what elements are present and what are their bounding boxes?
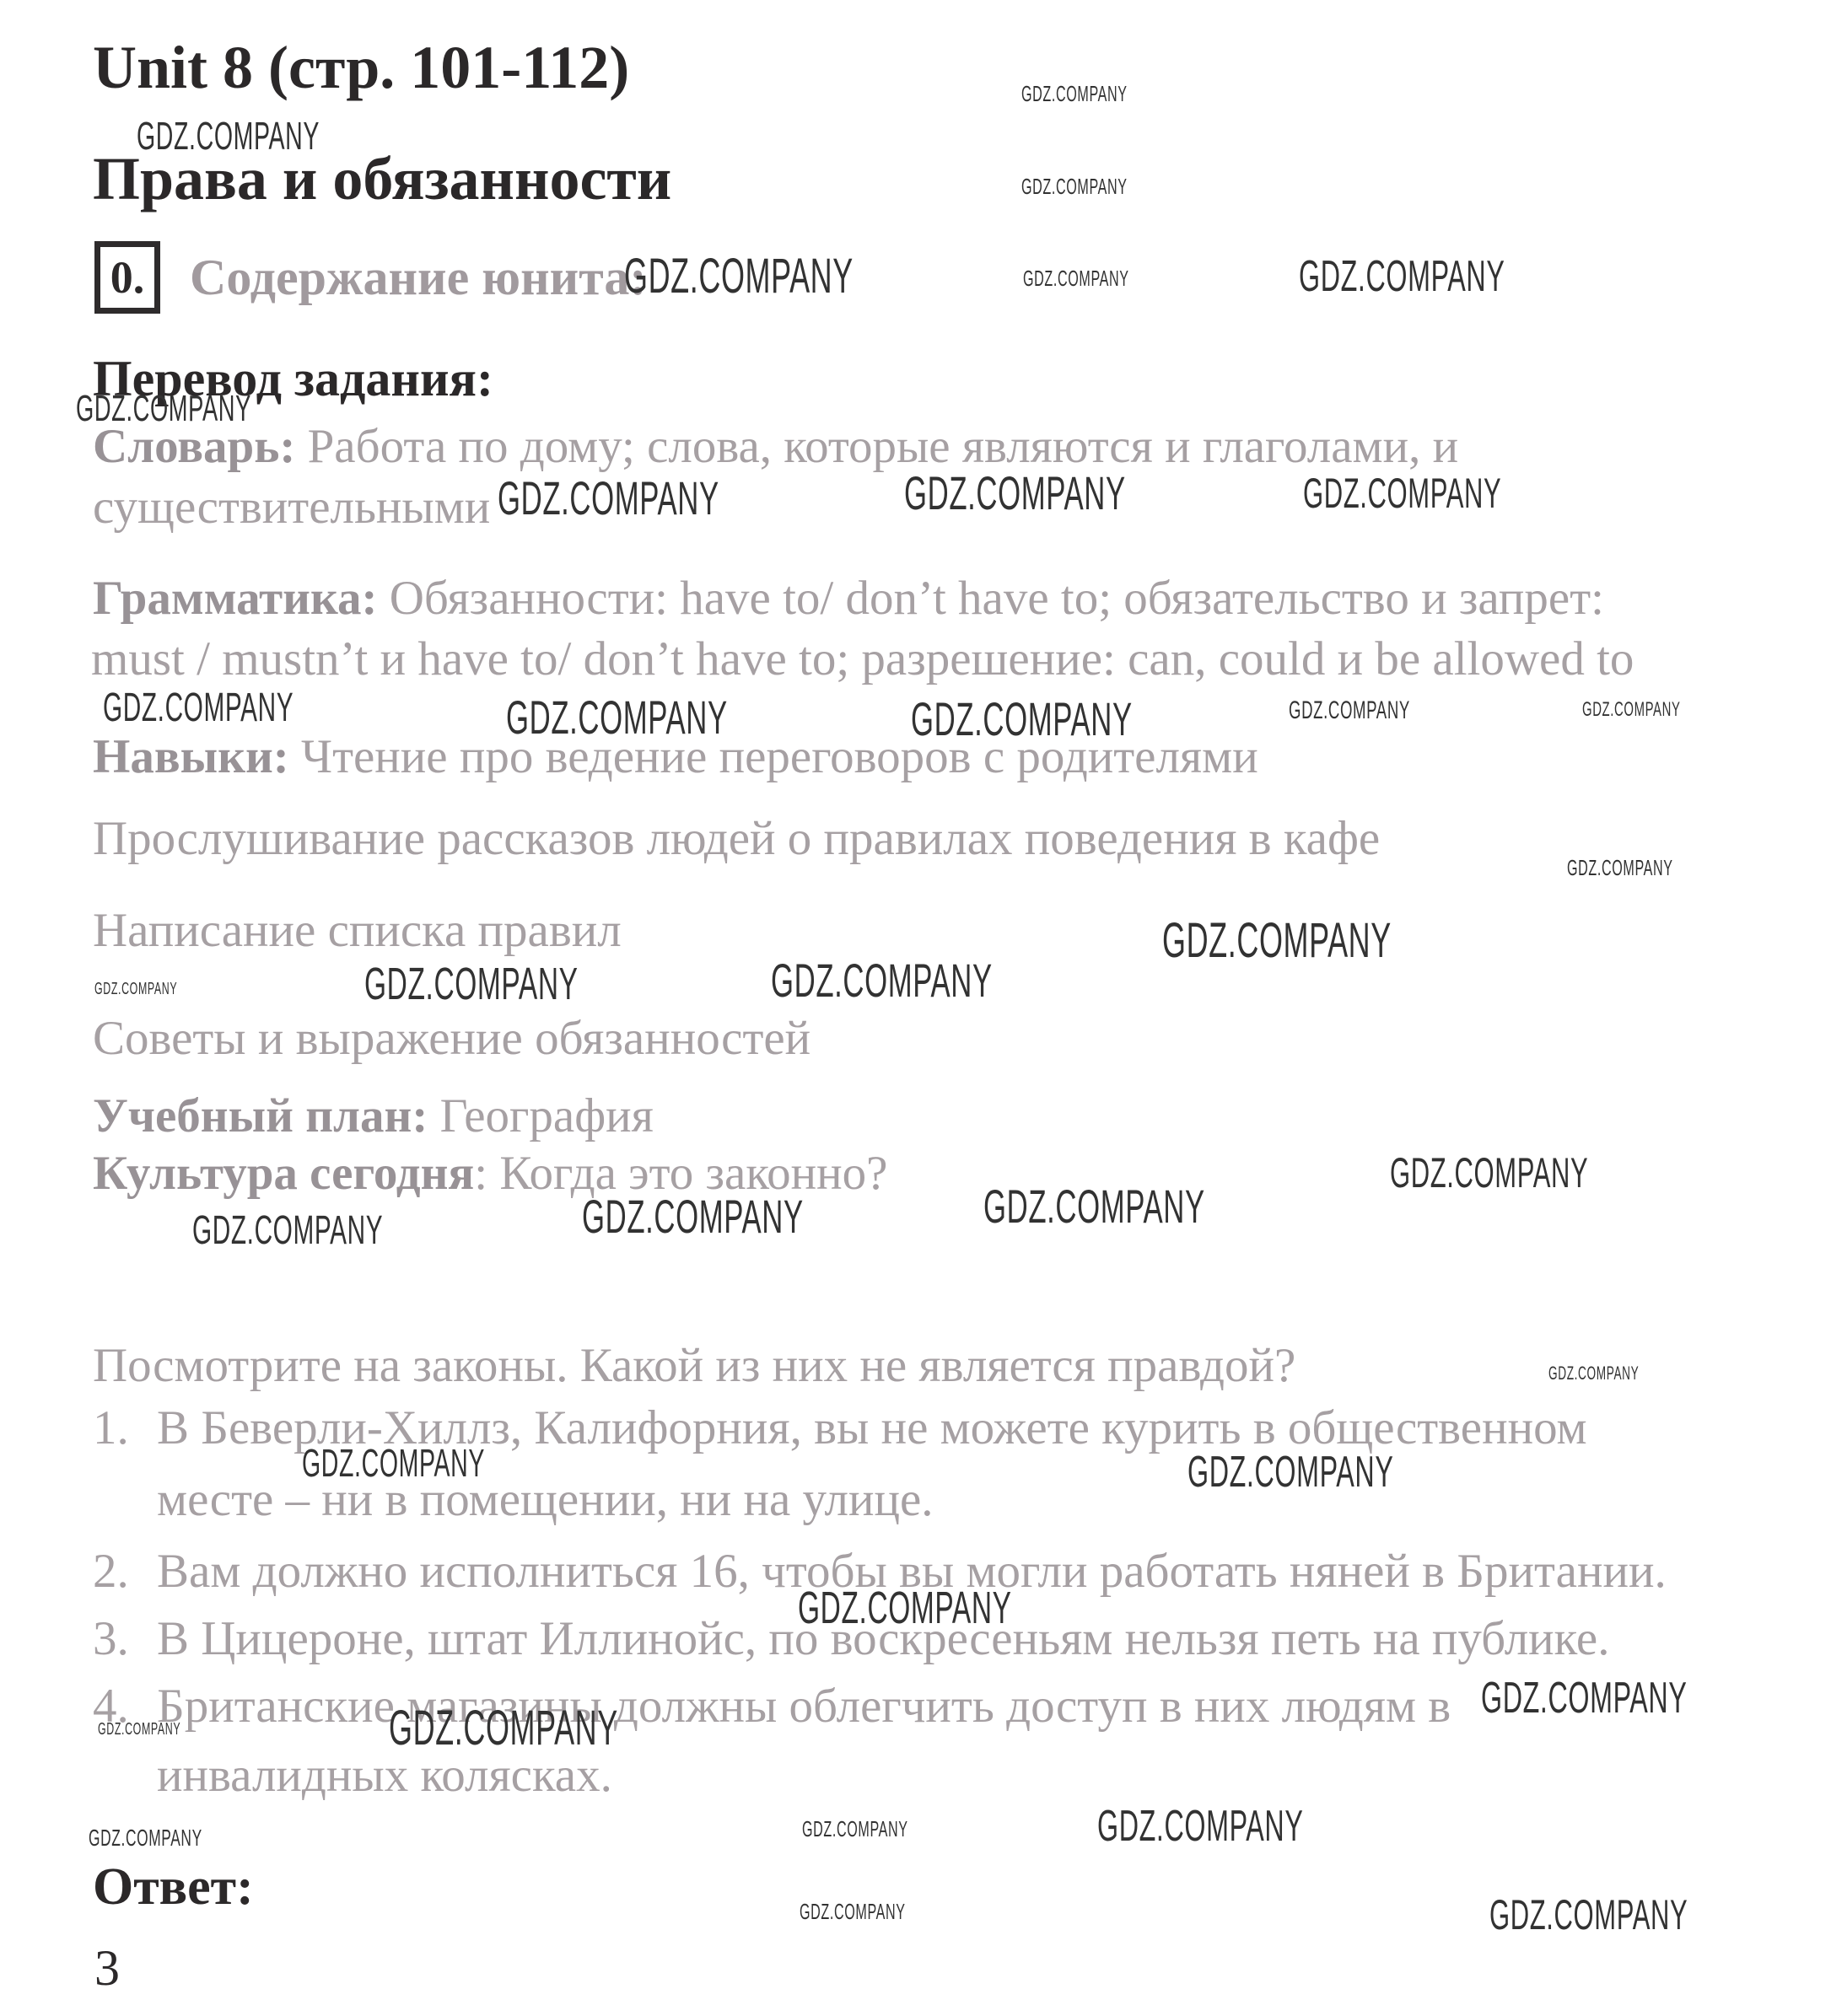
gdz-watermark: GDZ.COMPANY: [1481, 1673, 1687, 1723]
grammar-text: Обязанности: have to/ don’t have to; обя…: [377, 572, 1603, 625]
unit-title: Unit 8 (стр. 101-112): [93, 34, 629, 102]
gdz-watermark: GDZ.COMPANY: [802, 1816, 908, 1842]
gdz-watermark: GDZ.COMPANY: [192, 1207, 383, 1254]
writing-line: Написание списка правил: [93, 904, 622, 958]
gdz-watermark: GDZ.COMPANY: [1023, 266, 1129, 292]
gdz-watermark: GDZ.COMPANY: [1187, 1447, 1393, 1497]
vocabulary-line-2: существительными: [93, 481, 490, 535]
gdz-watermark: GDZ.COMPANY: [98, 1720, 180, 1739]
gdz-watermark: GDZ.COMPANY: [1162, 912, 1392, 969]
vocabulary-line: Словарь: Работа по дому; слова, которые …: [93, 420, 1458, 474]
gdz-watermark: GDZ.COMPANY: [89, 1825, 202, 1852]
gdz-watermark: GDZ.COMPANY: [983, 1179, 1205, 1234]
exercise-heading: Содержание юнита:: [190, 250, 646, 306]
gdz-watermark: GDZ.COMPANY: [1582, 698, 1681, 722]
gdz-watermark: GDZ.COMPANY: [624, 248, 854, 304]
gdz-watermark: GDZ.COMPANY: [1548, 1363, 1639, 1384]
vocabulary-text: Работа по дому; слова, которые являются …: [295, 420, 1458, 473]
gdz-watermark: GDZ.COMPANY: [76, 388, 251, 430]
skills-label: Навыки:: [93, 730, 289, 783]
grammar-line-2: must / mustn’t и have to/ don’t have to;…: [91, 632, 1634, 686]
list-item-number: 3.: [93, 1612, 157, 1666]
list-item-continuation: месте – ни в помещении, ни на улице.: [157, 1473, 934, 1527]
gdz-watermark: GDZ.COMPANY: [1021, 81, 1128, 107]
gdz-watermark: GDZ.COMPANY: [798, 1582, 1012, 1634]
gdz-watermark: GDZ.COMPANY: [904, 465, 1126, 520]
gdz-watermark: GDZ.COMPANY: [1567, 855, 1673, 881]
gdz-watermark: GDZ.COMPANY: [94, 980, 177, 999]
curriculum-label: Учебный план:: [93, 1089, 428, 1142]
gdz-watermark: GDZ.COMPANY: [1489, 1890, 1688, 1939]
document-page: Unit 8 (стр. 101-112) Права и обязанност…: [0, 0, 1831, 2016]
gdz-watermark: GDZ.COMPANY: [1097, 1801, 1303, 1852]
culture-label: Культура сегодня: [93, 1147, 474, 1200]
advice-line: Советы и выражение обязанностей: [93, 1012, 810, 1066]
gdz-watermark: GDZ.COMPANY: [137, 113, 320, 159]
gdz-watermark: GDZ.COMPANY: [1289, 696, 1410, 725]
listening-line: Прослушивание рассказов людей о правилах…: [93, 812, 1380, 866]
gdz-watermark: GDZ.COMPANY: [1303, 469, 1501, 518]
gdz-watermark: GDZ.COMPANY: [389, 1700, 618, 1756]
gdz-watermark: GDZ.COMPANY: [1390, 1148, 1588, 1197]
gdz-watermark: GDZ.COMPANY: [506, 690, 728, 745]
gdz-watermark: GDZ.COMPANY: [771, 953, 993, 1008]
list-item: 4.Британские магазины должны облегчить д…: [93, 1680, 1451, 1734]
gdz-watermark: GDZ.COMPANY: [582, 1189, 804, 1244]
curriculum-line: Учебный план: География: [93, 1089, 654, 1143]
exercise-number-badge: 0.: [94, 241, 160, 314]
grammar-line: Грамматика: Обязанности: have to/ don’t …: [93, 572, 1604, 626]
gdz-watermark: GDZ.COMPANY: [1299, 251, 1505, 302]
answer-heading: Ответ:: [93, 1858, 254, 1917]
list-item-text: Британские магазины должны облегчить дос…: [157, 1680, 1451, 1733]
gdz-watermark: GDZ.COMPANY: [911, 691, 1133, 746]
page-number: 3: [94, 1939, 120, 1997]
task-question: Посмотрите на законы. Какой из них не яв…: [93, 1339, 1295, 1393]
grammar-label: Грамматика:: [93, 572, 377, 625]
list-item-continuation: инвалидных колясках.: [157, 1749, 612, 1803]
gdz-watermark: GDZ.COMPANY: [1021, 174, 1128, 200]
gdz-watermark: GDZ.COMPANY: [302, 1440, 485, 1486]
curriculum-text: География: [428, 1089, 654, 1142]
gdz-watermark: GDZ.COMPANY: [364, 958, 579, 1010]
gdz-watermark: GDZ.COMPANY: [103, 685, 293, 731]
list-item-number: 1.: [93, 1401, 157, 1455]
gdz-watermark: GDZ.COMPANY: [800, 1899, 906, 1925]
exercise-number: 0.: [110, 251, 145, 304]
gdz-watermark: GDZ.COMPANY: [498, 470, 719, 525]
list-item-number: 2.: [93, 1545, 157, 1599]
